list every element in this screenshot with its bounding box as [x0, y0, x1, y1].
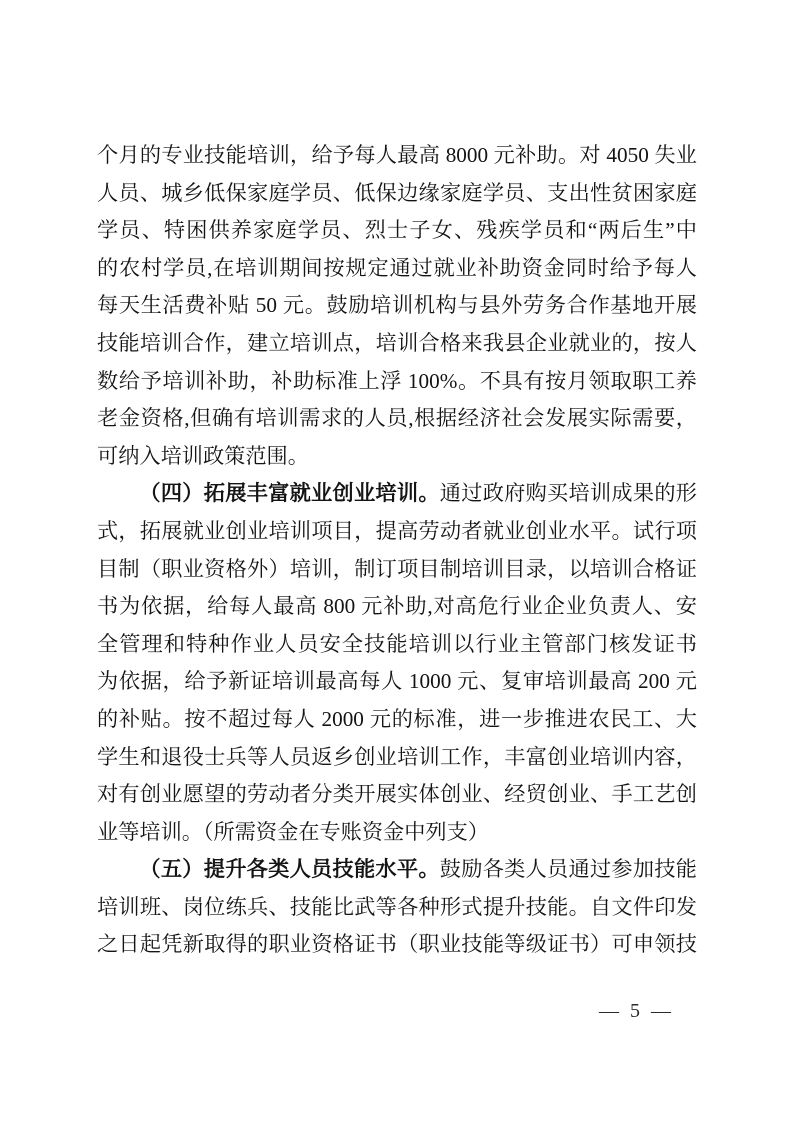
document-page: 个月的专业技能培训，给予每人最高 8000 元补助。对 4050 失业人员、城乡… [0, 0, 794, 1123]
paragraph-heading: （四）拓展丰富就业创业培训。 [139, 481, 439, 505]
text-line: 人员、城乡低保家庭学员、低保边缘家庭学员、支出性贫困家庭 [97, 175, 697, 213]
text-line: 每天生活费补贴 50 元。鼓励培训机构与县外劳务合作基地开展 [97, 287, 697, 325]
text-line: 技能培训合作，建立培训点，培训合格来我县企业就业的，按人 [97, 325, 697, 363]
page-number: — 5 — [599, 1000, 674, 1023]
paragraph-heading: （五）提升各类人员技能水平。 [139, 857, 439, 881]
text-line: 全管理和特种作业人员安全技能培训以行业主管部门核发证书 [97, 626, 697, 664]
text-line: 的农村学员,在培训期间按规定通过就业补助资金同时给予每人 [97, 250, 697, 288]
text-line: 学员、特困供养家庭学员、烈士子女、残疾学员和“两后生”中 [97, 212, 697, 250]
text-line: 个月的专业技能培训，给予每人最高 8000 元补助。对 4050 失业 [97, 137, 697, 175]
text-line: 目制（职业资格外）培训，制订项目制培训目录，以培训合格证 [97, 551, 697, 589]
paragraph: （四）拓展丰富就业创业培训。通过政府购买培训成果的形式，拓展就业创业培训项目，提… [97, 475, 697, 851]
text-line: 数给予培训补助，补助标准上浮 100%。不具有按月领取职工养 [97, 363, 697, 401]
text-line: 对有创业愿望的劳动者分类开展实体创业、经贸创业、手工艺创 [97, 776, 697, 814]
paragraph-text: 通过政府购买培训成果的形 [440, 481, 697, 505]
text-line: （四）拓展丰富就业创业培训。通过政府购买培训成果的形 [97, 475, 697, 513]
text-line: 培训班、岗位练兵、技能比武等各种形式提升技能。自文件印发 [97, 889, 697, 927]
text-line: 之日起凭新取得的职业资格证书（职业技能等级证书）可申领技 [97, 926, 697, 964]
text-line: （五）提升各类人员技能水平。鼓励各类人员通过参加技能 [97, 851, 697, 889]
text-line: 学生和退役士兵等人员返乡创业培训工作，丰富创业培训内容， [97, 739, 697, 777]
paragraph-text: 鼓励各类人员通过参加技能 [440, 857, 697, 881]
text-line: 式，拓展就业创业培训项目，提高劳动者就业创业水平。试行项 [97, 513, 697, 551]
text-line: 业等培训。（所需资金在专账资金中列支） [97, 814, 697, 852]
paragraph: （五）提升各类人员技能水平。鼓励各类人员通过参加技能培训班、岗位练兵、技能比武等… [97, 851, 697, 964]
paragraph: 个月的专业技能培训，给予每人最高 8000 元补助。对 4050 失业人员、城乡… [97, 137, 697, 475]
text-line: 书为依据，给每人最高 800 元补助,对高危行业企业负责人、安 [97, 588, 697, 626]
text-line: 为依据，给予新证培训最高每人 1000 元、复审培训最高 200 元 [97, 663, 697, 701]
text-line: 的补贴。按不超过每人 2000 元的标准，进一步推进农民工、大 [97, 701, 697, 739]
text-line: 老金资格,但确有培训需求的人员,根据经济社会发展实际需要， [97, 400, 697, 438]
text-line: 可纳入培训政策范围。 [97, 438, 697, 476]
document-body: 个月的专业技能培训，给予每人最高 8000 元补助。对 4050 失业人员、城乡… [97, 137, 697, 964]
